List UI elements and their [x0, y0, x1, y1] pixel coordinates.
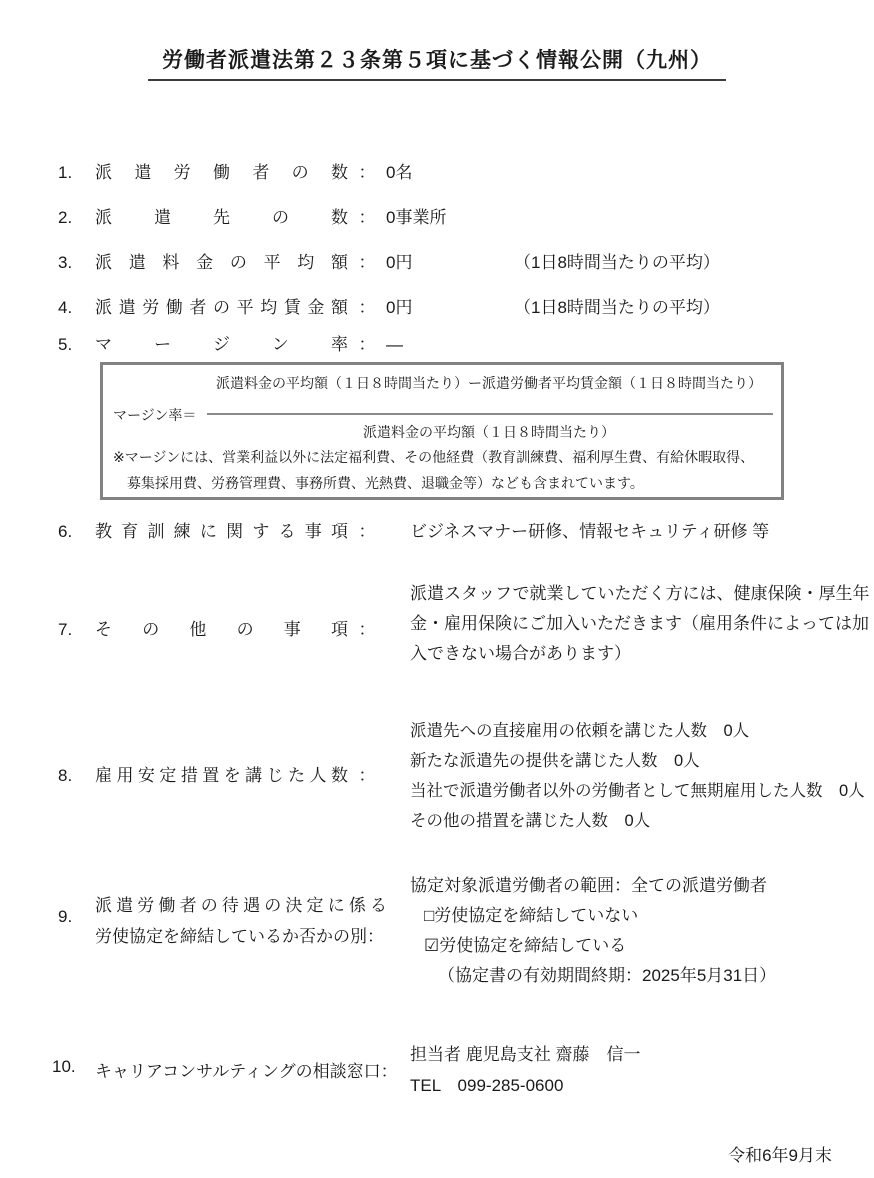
item-7-value: 派遣スタッフで就業していただく方には、健康保険・厚生年 金・雇用保険にご加入いた…	[410, 579, 870, 669]
item-number: 10.	[52, 1057, 76, 1077]
contact-tel-line: TEL 099-285-0600	[410, 1070, 640, 1101]
value-line: その他の措置を講じた人数 0人	[410, 806, 865, 836]
item-value: 0事業所	[386, 203, 514, 228]
value-line: 金・雇用保険にご加入いただきます（雇用条件によっては加	[410, 609, 870, 639]
item-note: （1日8時間当たりの平均）	[514, 293, 720, 318]
item-number: 2.	[58, 208, 95, 228]
item-8-value: 派遣先への直接雇用の依頼を講じた人数 0人 新たな派遣先の提供を講じた人数 0人…	[410, 716, 865, 836]
agreement-expiry-line: （協定書の有効期間終期：2025年5月31日）	[410, 961, 776, 991]
option-label: 労使協定を締結していない	[434, 901, 638, 931]
margin-note-line1: ※マージンには、営業利益以外に法定福利費、その他経費（教育訓練費、福利厚生費、有…	[113, 447, 754, 467]
item-9-label: 派遣労働者の待遇の決定に係る 労使協定を締結しているか否かの別：	[95, 890, 387, 952]
title-bar: 労働者派遣法第２３条第５項に基づく情報公開（九州）	[0, 44, 874, 81]
item-row-6: 6. 教育訓練に関する事項 ： ビジネスマナー研修、情報セキュリティ研修 等	[58, 517, 769, 542]
value-line: 当社で派遣労働者以外の労働者として無期雇用した人数 0人	[410, 776, 865, 806]
agreement-option-unchecked: □ 労使協定を締結していない	[410, 901, 776, 931]
item-value: ビジネスマナー研修、情報セキュリティ研修 等	[410, 517, 769, 542]
item-label: 派遣料金の平均額	[95, 248, 348, 273]
item-colon: ：	[348, 158, 386, 183]
page-title: 労働者派遣法第２３条第５項に基づく情報公開（九州）	[148, 44, 726, 81]
fraction-numerator: 派遣料金の平均額（１日８時間当たり）ー派遣労働者平均賃金額（１日８時間当たり）	[199, 373, 779, 393]
item-colon: ：	[348, 517, 386, 542]
item-number: 5.	[58, 335, 95, 355]
item-9-value: 協定対象派遣労働者の範囲：全ての派遣労働者 □ 労使協定を締結していない ☑ 労…	[410, 871, 776, 991]
item-note: （1日8時間当たりの平均）	[514, 248, 720, 273]
agreement-option-checked: ☑ 労使協定を締結している	[410, 931, 776, 961]
item-number: 3.	[58, 253, 95, 273]
item-row-3: 3. 派遣料金の平均額 ： 0円 （1日8時間当たりの平均）	[58, 248, 720, 271]
item-colon: ：	[348, 203, 386, 228]
footer-date: 令和6年9月末	[728, 1141, 832, 1166]
value-line: 入できない場合があります）	[410, 639, 870, 669]
item-value: 0円	[386, 248, 514, 273]
item-number: 1.	[58, 163, 95, 183]
item-label-line1: 派遣労働者の待遇の決定に係る	[95, 890, 387, 921]
item-label: マージン率	[95, 330, 348, 355]
item-row-2: 2. 派遣先の数 ： 0事業所	[58, 203, 514, 226]
item-value: ―	[386, 335, 514, 355]
item-10-value: 担当者 鹿児島支社 齋藤 信一 TEL 099-285-0600	[410, 1039, 640, 1101]
item-number: 4.	[58, 298, 95, 318]
item-colon: ：	[348, 330, 386, 355]
item-row-1: 1. 派遣労働者の数 ： 0名	[58, 158, 514, 181]
agreement-scope-line: 協定対象派遣労働者の範囲：全ての派遣労働者	[410, 871, 776, 901]
margin-note-line2: 募集採用費、労務管理費、事務所費、光熱費、退職金等）なども含まれています。	[127, 473, 644, 493]
checkbox-checked-icon: ☑	[424, 931, 439, 961]
margin-rate-lhs: マージン率＝	[113, 405, 196, 425]
item-value: 0名	[386, 158, 514, 183]
item-value: 0円	[386, 293, 514, 318]
item-number: 8.	[58, 766, 95, 786]
option-label: 労使協定を締結している	[439, 931, 626, 961]
item-label: 教育訓練に関する事項	[95, 517, 348, 542]
item-label: 派遣労働者の数	[95, 158, 348, 183]
value-line: 派遣先への直接雇用の依頼を講じた人数 0人	[410, 716, 865, 746]
fraction-line	[207, 413, 773, 415]
item-row-7: 7. その他の事項 ：	[58, 615, 386, 640]
item-row-4: 4. 派遣労働者の平均賃金額 ： 0円 （1日8時間当たりの平均）	[58, 293, 720, 316]
item-label: その他の事項	[95, 615, 348, 640]
item-number: 6.	[58, 522, 95, 542]
item-colon: ：	[348, 293, 386, 318]
item-number: 7.	[58, 620, 95, 640]
item-label-line2: 労使協定を締結しているか否かの別：	[95, 921, 387, 952]
item-colon: ：	[348, 248, 386, 273]
value-line: 派遣スタッフで就業していただく方には、健康保険・厚生年	[410, 579, 870, 609]
contact-person-line: 担当者 鹿児島支社 齋藤 信一	[410, 1039, 640, 1070]
item-label: 派遣先の数	[95, 203, 348, 228]
checkbox-unchecked-icon: □	[424, 901, 434, 931]
item-row-8: 8. 雇用安定措置を講じた人数 ：	[58, 761, 386, 786]
item-number: 9.	[58, 907, 72, 927]
value-line: 新たな派遣先の提供を講じた人数 0人	[410, 746, 865, 776]
fraction-denominator: 派遣料金の平均額（１日８時間当たり）	[199, 422, 779, 442]
margin-rate-box: マージン率＝ 派遣料金の平均額（１日８時間当たり）ー派遣労働者平均賃金額（１日８…	[100, 362, 784, 500]
item-label: キャリアコンサルティングの相談窓口：	[95, 1057, 398, 1082]
item-colon: ：	[348, 761, 386, 786]
item-row-5: 5. マージン率 ： ―	[58, 330, 514, 353]
item-label: 雇用安定措置を講じた人数	[95, 761, 348, 786]
item-label: 派遣労働者の平均賃金額	[95, 293, 348, 318]
item-colon: ：	[348, 615, 386, 640]
